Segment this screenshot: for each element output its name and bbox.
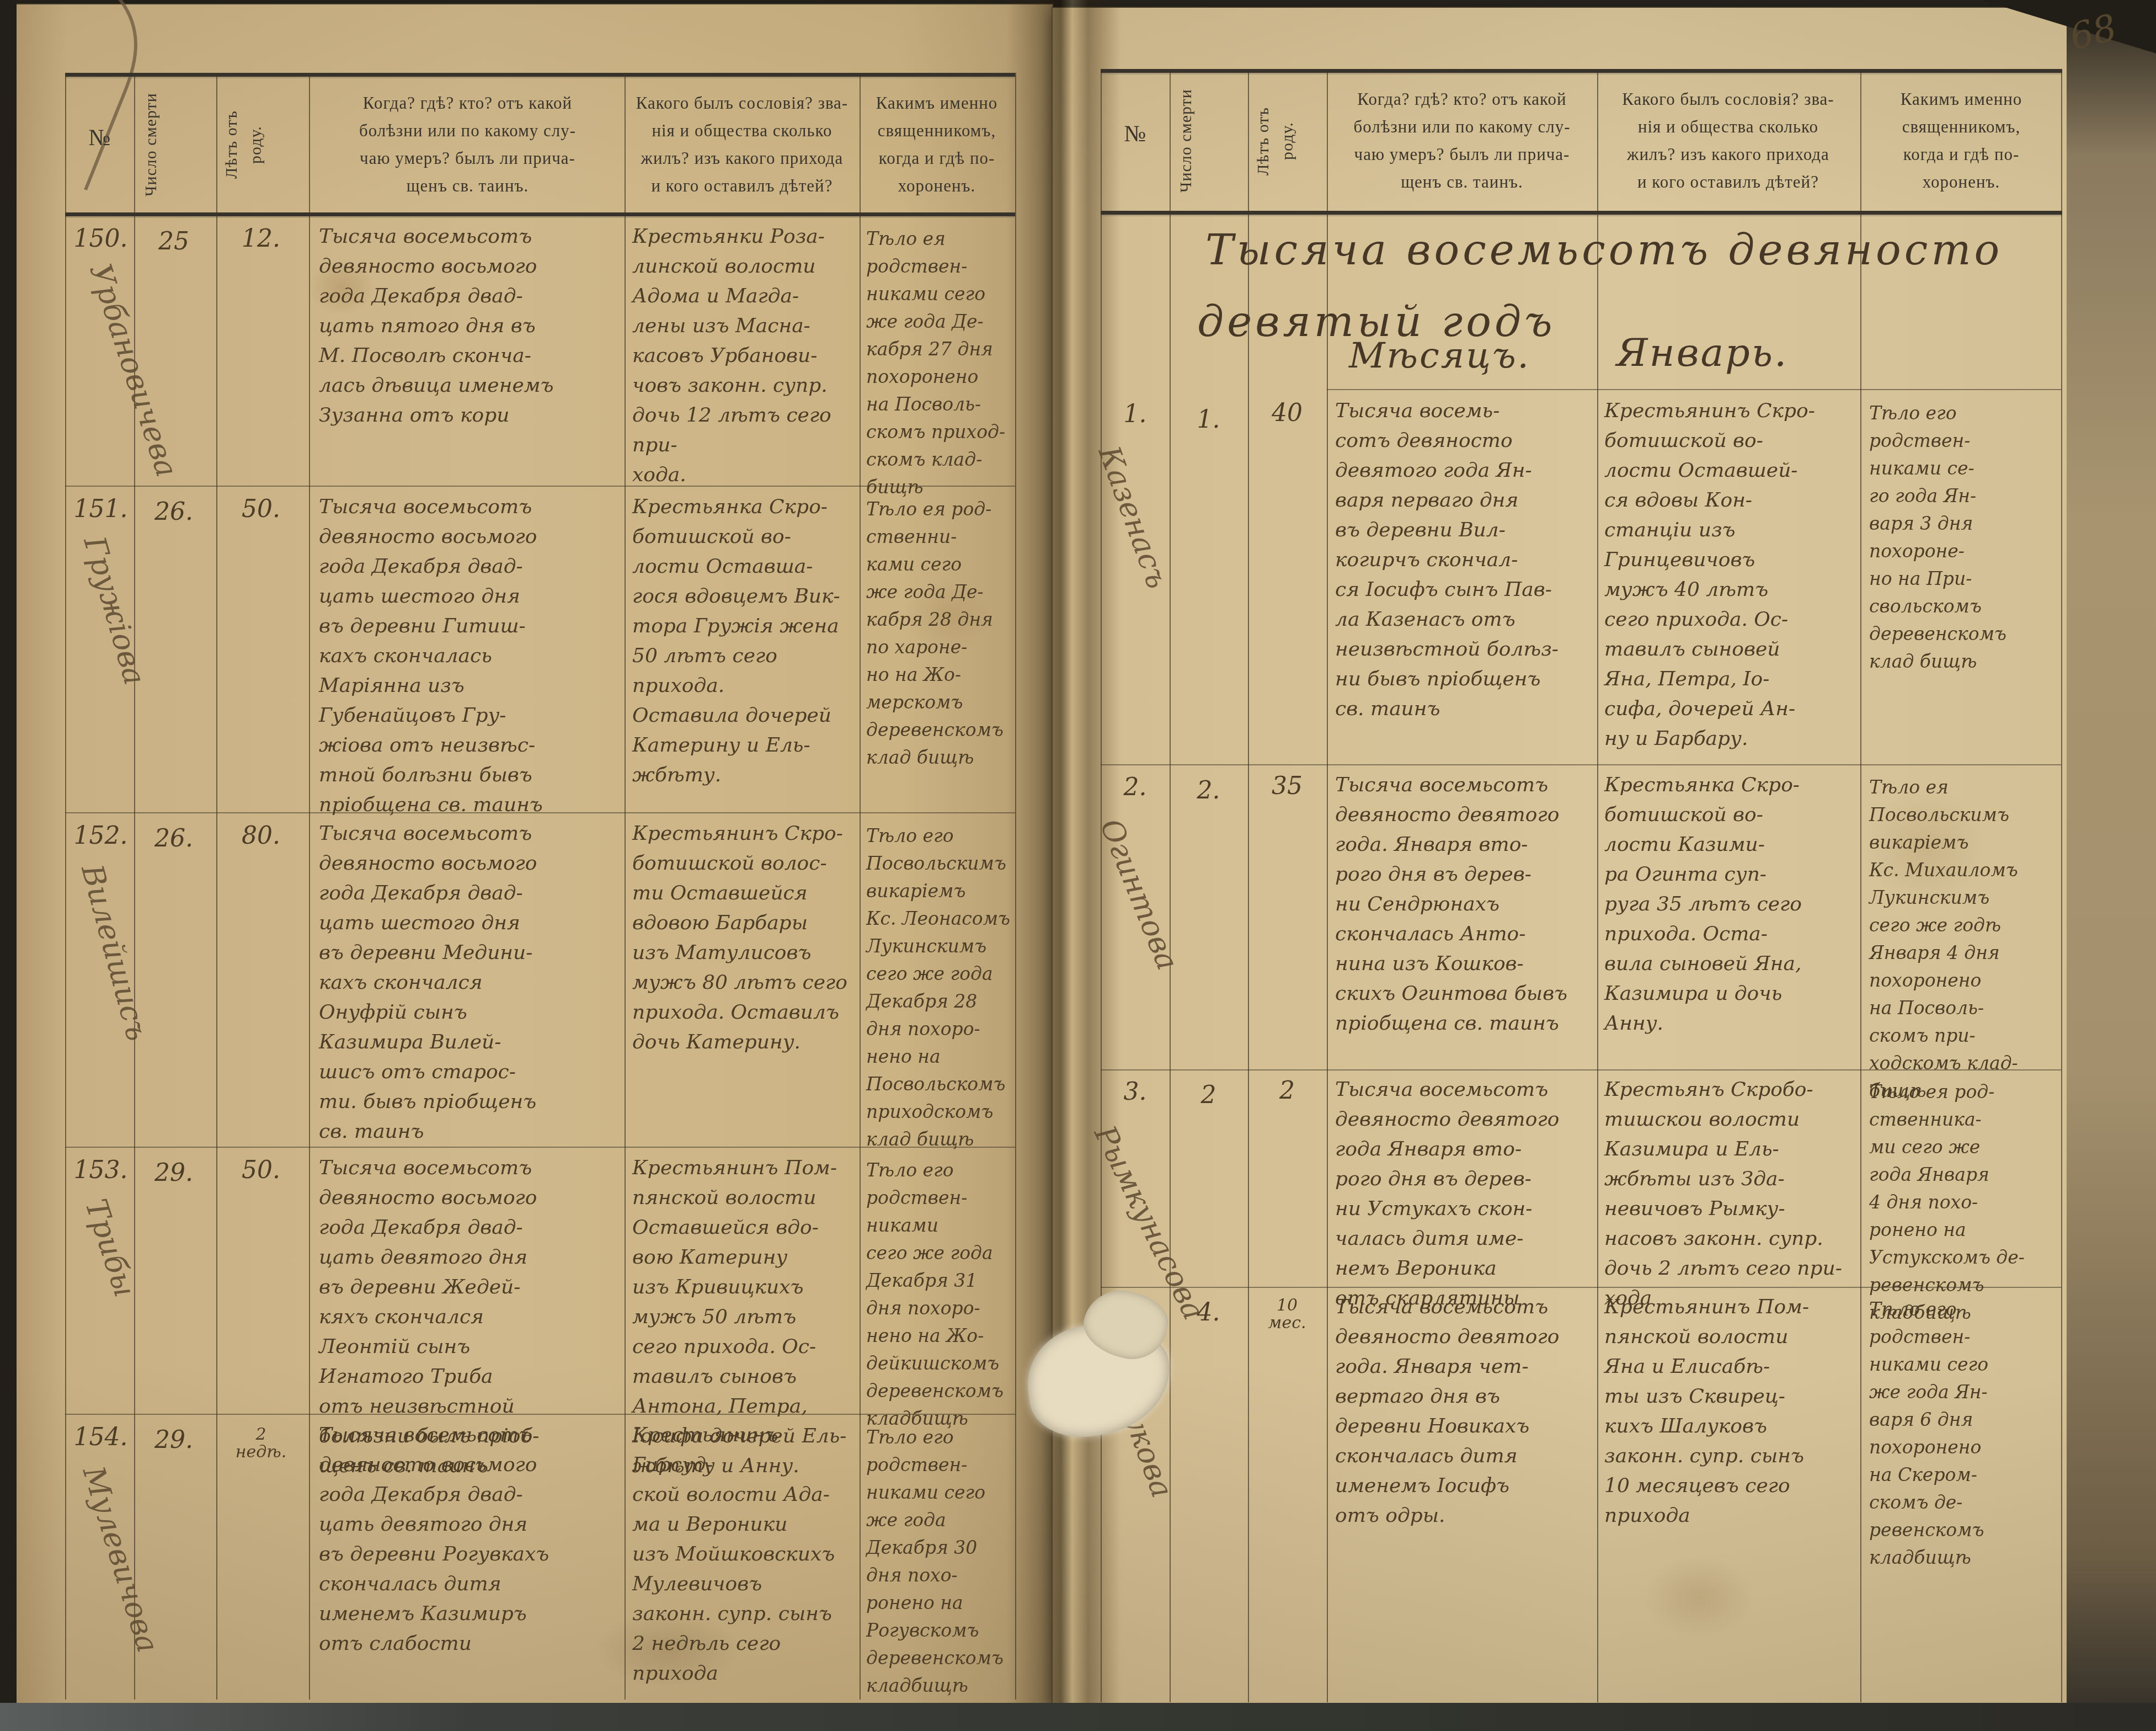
entry-estate: Крестьянка Скро- ботишской во- лости Каз…: [1604, 770, 1857, 1038]
table-line: [65, 73, 66, 1700]
table-rule-top: [65, 73, 1015, 77]
book-left-edge: [0, 0, 17, 1731]
header-priest: Какимъ именно священникомъ, когда и гдѣ …: [1865, 86, 2058, 196]
entry-priest: Тѣло его родствен- никами сего же года Д…: [866, 1424, 1011, 1700]
entry-priest: Тѣло его Посвольскимъ викаріемъ Кс. Леон…: [866, 822, 1011, 1153]
entry-estate: Крестьянка Скро- ботишской во- лости Ост…: [632, 492, 854, 790]
entry-estate: Крестьянинъ Гирсуд- ской волости Ада- ма…: [632, 1420, 854, 1689]
header-priest: Какимъ именно священникомъ, когда и гдѣ …: [862, 89, 1012, 200]
year-heading-line1: Тысяча восемьсотъ девяносто: [1205, 225, 2003, 274]
header-estate: Какого былъ сословія? зва- нія и обществ…: [629, 89, 855, 200]
age: 12.: [220, 226, 302, 252]
entry-number: 2.: [1106, 775, 1164, 800]
table-line: [1170, 69, 1171, 1702]
entry-number: 150.: [72, 226, 130, 252]
death-day: 26.: [138, 499, 210, 525]
header-when: Когда? гдѣ? кто? отъ какой болѣзни или п…: [1332, 86, 1592, 196]
entry-priest: Тѣло ея род- ственни- ками сего же года …: [866, 496, 1011, 771]
entry-when: Тысяча восемьсотъ девяносто восьмого год…: [319, 819, 621, 1147]
table-line: [216, 73, 217, 1700]
entry-when: Тысяча восемь- сотъ девяносто девятого г…: [1335, 396, 1593, 724]
entry-number: 154.: [72, 1425, 130, 1450]
header-when: Когда? гдѣ? кто? отъ какой болѣзни или п…: [317, 89, 618, 200]
entry-priest: Тѣло его родствен- никами сего же года Я…: [1869, 1296, 2054, 1572]
table-rule-header-bottom: [1101, 211, 2062, 215]
death-day: 2.: [1174, 778, 1243, 803]
entry-priest: Тѣло ея родствен- никами сего же года Де…: [866, 225, 1011, 501]
header-no: №: [1101, 120, 1170, 148]
entry-estate: Крестьянинъ Скро- ботишской во- лости Ос…: [1604, 396, 1857, 754]
table-line: [625, 73, 626, 1700]
death-day: 25: [138, 229, 210, 254]
entry-when: Тысяча восемьсотъ девяносто восьмого год…: [319, 1420, 621, 1659]
entry-number: 1.: [1106, 402, 1164, 427]
entry-priest: Тѣло его родствен- никами се- го года Ян…: [1869, 400, 2054, 675]
age: 35: [1251, 774, 1323, 799]
entry-number: 3.: [1106, 1079, 1164, 1105]
entry-number: 152.: [72, 823, 130, 849]
table-line: [1101, 764, 2061, 765]
entry-estate: Крестьянки Роза- линской волости Адома и…: [632, 222, 854, 490]
table-line: [860, 73, 861, 1700]
death-day: 4.: [1174, 1300, 1243, 1325]
age: 40: [1251, 401, 1323, 426]
age: 50.: [220, 1158, 302, 1183]
death-day: 29.: [138, 1428, 210, 1453]
entry-when: Тысяча восемьсотъ девяносто восьмого год…: [319, 492, 621, 820]
age: 10 мес.: [1251, 1297, 1323, 1332]
table-line: [1101, 69, 1102, 1702]
age: 2 недѣ.: [220, 1426, 302, 1461]
book-fore-edge: [2067, 0, 2156, 1731]
age: 50.: [220, 497, 302, 522]
entry-estate: Крестьянинъ Скро- ботишской волос- ти Ос…: [632, 819, 854, 1057]
entry-number: 153.: [72, 1158, 130, 1183]
age: 2: [1251, 1078, 1323, 1104]
entry-when: Тысяча восемьсотъ девяносто восьмого год…: [319, 222, 621, 430]
book-spine: [1006, 0, 1120, 1731]
table-line: [2061, 69, 2062, 1702]
entry-estate: Крестьянинъ Пом- пянской волости Яна и Е…: [1604, 1292, 1857, 1531]
entry-priest: Тѣло его родствен- никами сего же года Д…: [866, 1157, 1011, 1432]
death-day: 26.: [138, 826, 210, 851]
scan-bottom-backing: [0, 1703, 2156, 1731]
death-day: 2: [1174, 1083, 1243, 1108]
entry-priest: Тѣло ея род- ственника- ми сего же года …: [1869, 1078, 2054, 1327]
table-rule-header-bottom: [65, 212, 1015, 216]
death-day: 29.: [138, 1160, 210, 1186]
age: 80.: [220, 823, 302, 849]
header-death-number: Число смерти: [1174, 74, 1245, 207]
entry-estate: Крестьянъ Скробо- тишскои волости Казими…: [1604, 1075, 1857, 1313]
death-day: 1.: [1174, 407, 1243, 433]
header-death-number: Число смерти: [139, 78, 212, 211]
table-line: [1327, 389, 2061, 390]
header-age: Лѣтъ отъ роду.: [220, 83, 305, 207]
entry-when: Тысяча восемьсотъ девяносто девятого год…: [1335, 1292, 1593, 1531]
header-no: №: [65, 124, 134, 152]
month-value: Январь.: [1616, 330, 1788, 375]
register-scan: № Число смерти Лѣтъ отъ роду. Когда? гдѣ…: [0, 0, 2156, 1731]
entry-when: Тысяча восемьсотъ девяносто девятого год…: [1335, 770, 1593, 1038]
month-label: Мѣсяцъ.: [1349, 335, 1530, 376]
table-line: [309, 73, 310, 1700]
entry-when: Тысяча восемьсотъ девяносто девятого год…: [1335, 1075, 1593, 1313]
table-line: [1597, 69, 1598, 1702]
header-age: Лѣтъ отъ роду.: [1251, 78, 1324, 204]
table-rule-top: [1101, 69, 2062, 73]
table-line: [1015, 73, 1016, 1700]
entry-priest: Тѣло ея Посвольскимъ викаріемъ Кс. Михаи…: [1869, 774, 2054, 1105]
header-estate: Какого былъ сословія? зва- нія и обществ…: [1600, 86, 1856, 196]
entry-number: 151.: [72, 497, 130, 522]
table-line: [1860, 69, 1861, 1702]
